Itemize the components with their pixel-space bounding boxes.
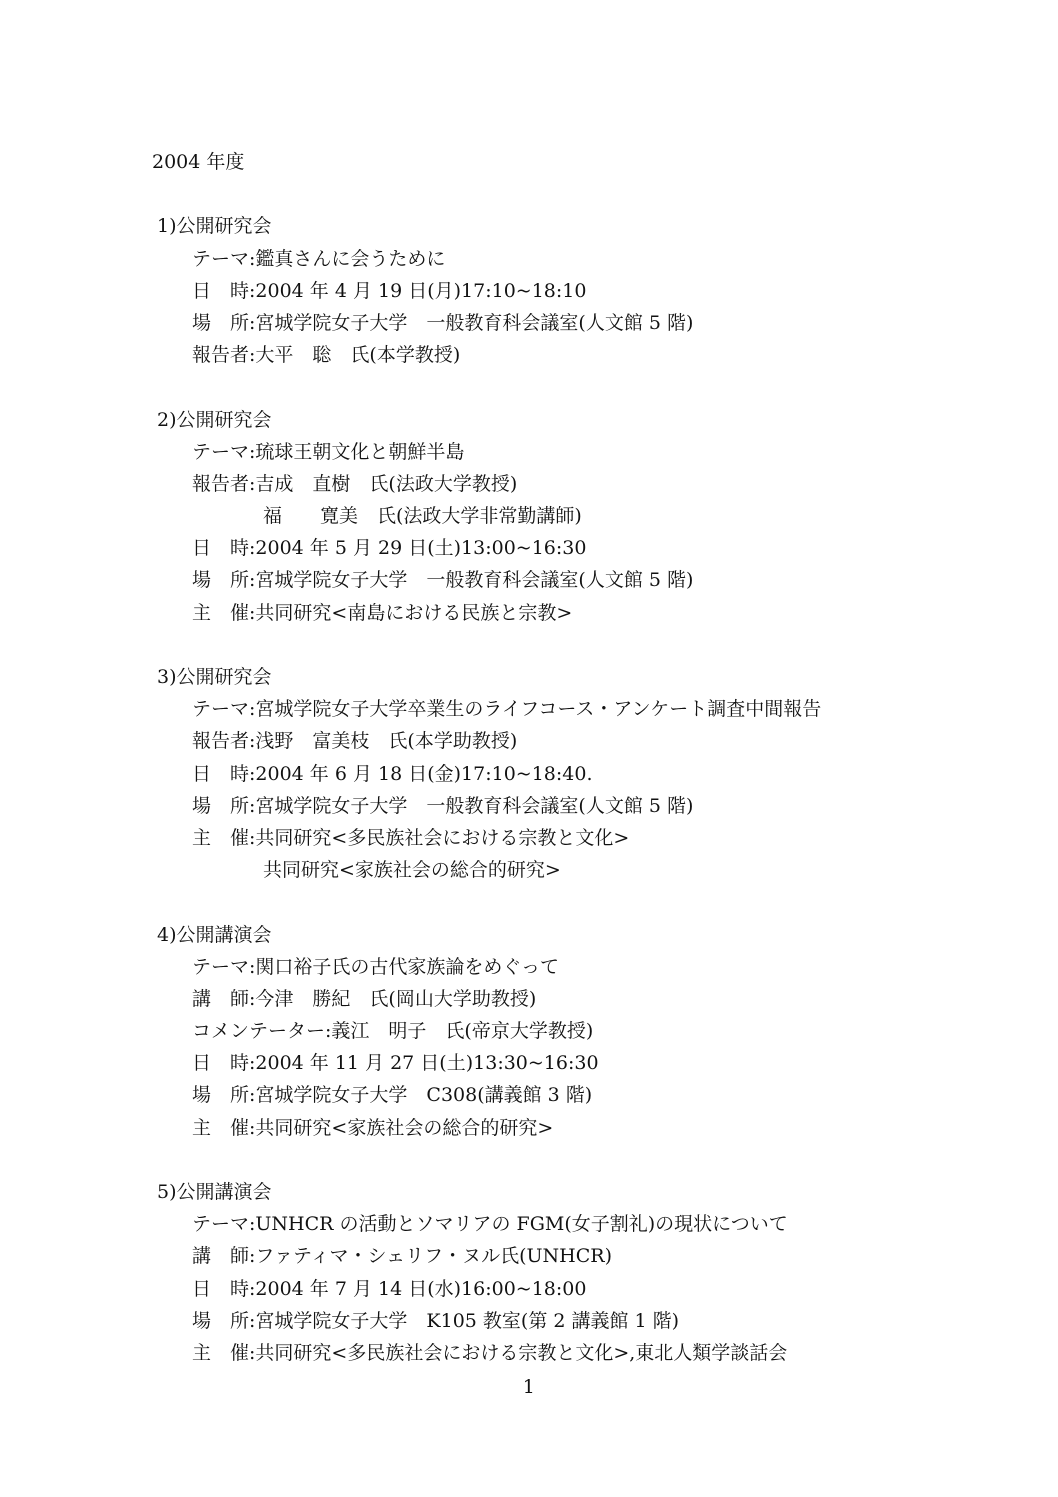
field-line: 主 催:共同研究<多民族社会における宗教と文化>,東北人類学談話会 xyxy=(192,1337,1058,1369)
field-value: 宮城学院女子大学卒業生のライフコース・アンケート調査中間報告 xyxy=(255,698,821,720)
field-value: 2004 年 4 月 19 日(月)17:10~18:10 xyxy=(255,280,586,302)
field-value: 鑑真さんに会うために xyxy=(255,248,445,270)
field-line: 場 所:宮城学院女子大学 一般教育科会議室(人文館 5 階) xyxy=(192,564,1058,596)
field-label: 報告者: xyxy=(192,730,255,752)
field-label: 場 所: xyxy=(192,312,255,334)
field-value: 共同研究<多民族社会における宗教と文化> xyxy=(255,827,629,849)
field-label: テーマ: xyxy=(192,956,255,978)
section-heading: 2)公開研究会 xyxy=(157,404,1058,436)
field-label: 日 時: xyxy=(192,280,255,302)
section-title: 公開研究会 xyxy=(177,409,272,431)
page-number: 1 xyxy=(0,1371,1058,1403)
field-label: 主 催: xyxy=(192,1117,255,1139)
field-label: 報告者: xyxy=(192,473,255,495)
field-value: 2004 年 7 月 14 日(水)16:00~18:00 xyxy=(255,1278,586,1300)
section-title: 公開講演会 xyxy=(177,1181,272,1203)
blank-line xyxy=(0,629,1058,661)
field-label: 日 時: xyxy=(192,763,255,785)
field-line: 日 時:2004 年 5 月 29 日(土)13:00~16:30 xyxy=(192,532,1058,564)
field-value: 2004 年 5 月 29 日(土)13:00~16:30 xyxy=(255,537,586,559)
field-line: テーマ:宮城学院女子大学卒業生のライフコース・アンケート調査中間報告 xyxy=(192,693,1058,725)
field-label: 場 所: xyxy=(192,1310,255,1332)
field-line: テーマ:琉球王朝文化と朝鮮半島 xyxy=(192,436,1058,468)
field-value: 2004 年 6 月 18 日(金)17:10~18:40. xyxy=(255,763,592,785)
field-line: 共同研究<家族社会の総合的研究> xyxy=(263,854,1058,886)
blank-line xyxy=(0,178,1058,210)
year-heading: 2004 年度 xyxy=(152,146,1058,178)
blank-line xyxy=(0,886,1058,918)
field-value: ファティマ・シェリフ・ヌル氏(UNHCR) xyxy=(255,1245,612,1267)
field-label: 場 所: xyxy=(192,569,255,591)
field-line: 報告者:浅野 富美枝 氏(本学助教授) xyxy=(192,725,1058,757)
field-line: 福 寛美 氏(法政大学非常勤講師) xyxy=(263,500,1058,532)
field-value: 2004 年 11 月 27 日(土)13:30~16:30 xyxy=(255,1052,598,1074)
field-value: 宮城学院女子大学 C308(講義館 3 階) xyxy=(255,1084,592,1106)
field-value: 義江 明子 氏(帝京大学教授) xyxy=(331,1020,593,1042)
field-value: 琉球王朝文化と朝鮮半島 xyxy=(255,441,464,463)
field-label: 場 所: xyxy=(192,1084,255,1106)
field-label: 主 催: xyxy=(192,827,255,849)
field-value: 宮城学院女子大学 一般教育科会議室(人文館 5 階) xyxy=(255,795,693,817)
field-line: 主 催:共同研究<南島における民族と宗教> xyxy=(192,597,1058,629)
field-label: 講 師: xyxy=(192,1245,255,1267)
field-value: 共同研究<家族社会の総合的研究> xyxy=(255,1117,553,1139)
field-line: 主 催:共同研究<多民族社会における宗教と文化> xyxy=(192,822,1058,854)
section-number: 1) xyxy=(157,215,177,237)
section-title: 公開講演会 xyxy=(177,924,272,946)
field-label: テーマ: xyxy=(192,1213,255,1235)
field-value: 浅野 富美枝 氏(本学助教授) xyxy=(255,730,517,752)
field-line: 場 所:宮城学院女子大学 K105 教室(第 2 講義館 1 階) xyxy=(192,1305,1058,1337)
field-line: 日 時:2004 年 7 月 14 日(水)16:00~18:00 xyxy=(192,1273,1058,1305)
field-value: UNHCR の活動とソマリアの FGM(女子割礼)の現状について xyxy=(255,1213,787,1235)
field-label: 主 催: xyxy=(192,1342,255,1364)
document-content: 2004 年度 1)公開研究会テーマ:鑑真さんに会うために日 時:2004 年 … xyxy=(0,0,1058,1403)
field-value: 宮城学院女子大学 一般教育科会議室(人文館 5 階) xyxy=(255,312,693,334)
section-heading: 5)公開講演会 xyxy=(157,1176,1058,1208)
field-label: 日 時: xyxy=(192,1052,255,1074)
section-title: 公開研究会 xyxy=(177,215,272,237)
field-label: テーマ: xyxy=(192,248,255,270)
field-line: 講 師:ファティマ・シェリフ・ヌル氏(UNHCR) xyxy=(192,1240,1058,1272)
section-heading: 4)公開講演会 xyxy=(157,919,1058,951)
field-label: 報告者: xyxy=(192,344,255,366)
blank-line xyxy=(0,371,1058,403)
field-value: 福 寛美 氏(法政大学非常勤講師) xyxy=(263,505,582,527)
blank-line xyxy=(0,1144,1058,1176)
field-line: 主 催:共同研究<家族社会の総合的研究> xyxy=(192,1112,1058,1144)
field-line: テーマ:関口裕子氏の古代家族論をめぐって xyxy=(192,951,1058,983)
field-value: 関口裕子氏の古代家族論をめぐって xyxy=(255,956,559,978)
field-line: 日 時:2004 年 6 月 18 日(金)17:10~18:40. xyxy=(192,758,1058,790)
field-label: テーマ: xyxy=(192,441,255,463)
field-line: 場 所:宮城学院女子大学 C308(講義館 3 階) xyxy=(192,1079,1058,1111)
field-line: テーマ:鑑真さんに会うために xyxy=(192,243,1058,275)
field-line: 日 時:2004 年 4 月 19 日(月)17:10~18:10 xyxy=(192,275,1058,307)
field-value: 今津 勝紀 氏(岡山大学助教授) xyxy=(255,988,536,1010)
field-line: 講 師:今津 勝紀 氏(岡山大学助教授) xyxy=(192,983,1058,1015)
field-value: 大平 聡 氏(本学教授) xyxy=(255,344,460,366)
section-number: 3) xyxy=(157,666,177,688)
section-number: 2) xyxy=(157,409,177,431)
field-label: コメンテーター: xyxy=(192,1020,331,1042)
field-value: 宮城学院女子大学 一般教育科会議室(人文館 5 階) xyxy=(255,569,693,591)
field-label: 日 時: xyxy=(192,537,255,559)
field-value: 宮城学院女子大学 K105 教室(第 2 講義館 1 階) xyxy=(255,1310,679,1332)
section-number: 5) xyxy=(157,1181,177,1203)
field-line: 場 所:宮城学院女子大学 一般教育科会議室(人文館 5 階) xyxy=(192,307,1058,339)
field-label: テーマ: xyxy=(192,698,255,720)
field-value: 吉成 直樹 氏(法政大学教授) xyxy=(255,473,517,495)
sections-container: 1)公開研究会テーマ:鑑真さんに会うために日 時:2004 年 4 月 19 日… xyxy=(0,178,1058,1369)
field-value: 共同研究<家族社会の総合的研究> xyxy=(263,859,561,881)
field-line: 日 時:2004 年 11 月 27 日(土)13:30~16:30 xyxy=(192,1047,1058,1079)
field-value: 共同研究<多民族社会における宗教と文化>,東北人類学談話会 xyxy=(255,1342,787,1364)
field-label: 場 所: xyxy=(192,795,255,817)
field-value: 共同研究<南島における民族と宗教> xyxy=(255,602,572,624)
section-heading: 1)公開研究会 xyxy=(157,210,1058,242)
field-label: 主 催: xyxy=(192,602,255,624)
field-line: コメンテーター:義江 明子 氏(帝京大学教授) xyxy=(192,1015,1058,1047)
section-number: 4) xyxy=(157,924,177,946)
section-title: 公開研究会 xyxy=(177,666,272,688)
section-heading: 3)公開研究会 xyxy=(157,661,1058,693)
field-line: 報告者:大平 聡 氏(本学教授) xyxy=(192,339,1058,371)
field-line: 報告者:吉成 直樹 氏(法政大学教授) xyxy=(192,468,1058,500)
field-label: 日 時: xyxy=(192,1278,255,1300)
field-line: 場 所:宮城学院女子大学 一般教育科会議室(人文館 5 階) xyxy=(192,790,1058,822)
field-line: テーマ:UNHCR の活動とソマリアの FGM(女子割礼)の現状について xyxy=(192,1208,1058,1240)
field-label: 講 師: xyxy=(192,988,255,1010)
document-page: 2004 年度 1)公開研究会テーマ:鑑真さんに会うために日 時:2004 年 … xyxy=(0,0,1058,1497)
